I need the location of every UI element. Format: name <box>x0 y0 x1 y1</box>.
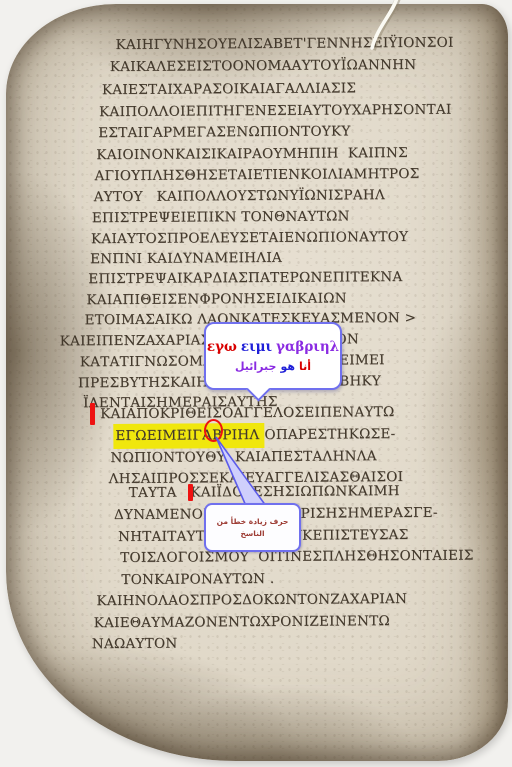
manuscript-line: ΚΑΙΕΘΑΥΜΑΖΟΝΕΝΤΩΧΡΟΝΙΖΕΙΝΕΝΤΩ <box>94 615 390 631</box>
manuscript-line: ΕΣΤΑΙΓΑΡΜΕΓΑΣΕΝΩΠΙΟΝΤΟΥΚΥ <box>98 125 350 140</box>
greek-word: γαβριηλ <box>276 339 339 355</box>
manuscript-line: ΚΑΙΗΝΟΛΑΟΣΠΡΟΣΔΟΚΩΝΤΟΝΖΑΧΑΡΙΑΝ <box>96 593 407 609</box>
translation-arabic-text: أناهوجبرائيل <box>233 360 313 373</box>
manuscript-photo: ΚΑΙΗΓΥΝΗΣΟΥΕΛΙΣΑΒΕΤ'ΓΕΝΝΗΣΕΙΫΙΟΝΣΟΙΚΑΙΚΑ… <box>0 0 512 767</box>
arabic-word: جبرائيل <box>235 360 276 373</box>
translation-greek-text: εγωειμιγαβριηλ <box>205 339 341 355</box>
manuscript-line: ΤΟΝΚΑΙΡΟΝΑΥΤΩΝ . <box>121 573 274 588</box>
greek-word: ειμι <box>241 339 272 355</box>
manuscript-line: ΝΩΠΙΟΝΤΟΥΘΥ ΚΑΙΑΠΕΣΤΑΛΗΝΛΑ <box>110 450 376 465</box>
manuscript-line: ΚΑΙΑΠΙΘΕΙΣΕΝΦΡΟΝΗΣΕΙΔΙΚΑΙΩΝ <box>86 292 346 307</box>
scribe-note-line-1: حرف زيادة خطأ من <box>217 516 289 527</box>
highlighted-text: ΕΓΩΕΙΜΕΙΓΑΒΡΙΗΛ <box>113 423 264 449</box>
manuscript-line: ΚΑΙΚΑΛΕΣΕΙΣΤΟΟΝΟΜΑΑΥΤΟΥΪΩΑΝΝΗΝ <box>110 59 417 75</box>
manuscript-line: ΚΑΙΠΟΛΛΟΙΕΠΙΤΗΓΕΝΕΣΕΙΑΥΤΟΥΧΑΡΗΣΟΝΤΑΙ <box>99 104 452 120</box>
manuscript-line: ΝΑΩΑΥΤΟΝ <box>92 638 178 652</box>
manuscript-line: ΤΟΙΣΛΟΓΟΙΣΜΟΥ ΟΙΤΙΝΕΣΠΛΗΣΘΗΣΟΝΤΑΙΕΙΣ <box>120 549 474 565</box>
manuscript-line: ΚΑΙΑΥΤΟΣΠΡΟΕΛΕΥΣΕΤΑΙΕΝΩΠΙΟΝΑΥΤΟΥ <box>91 231 408 247</box>
manuscript-line: ΚΑΙΗΓΥΝΗΣΟΥΕΛΙΣΑΒΕΤ'ΓΕΝΝΗΣΕΙΫΙΟΝΣΟΙ <box>116 37 454 53</box>
scribe-note-callout: حرف زيادة خطأ من الناسخ <box>204 503 301 552</box>
manuscript-line: ΑΥΤΟΥ ΚΑΙΠΟΛΛΟΥΣΤΩΝΥΪΩΝΙΣΡΑΗΛ <box>94 189 385 205</box>
arabic-word: أنا <box>299 360 311 373</box>
manuscript-line: ΕΠΙΣΤΡΕΨΕΙΕΠΙΚΝ ΤΟΝΘΝΑΥΤΩΝ <box>92 210 350 225</box>
scribe-note-line-2: الناسخ <box>240 528 264 539</box>
manuscript-line: ΚΑΙΕΣΤΑΙΧΑΡΑΣΟΙΚΑΙΑΓΑΛΛΙΑΣΙΣ <box>102 82 356 97</box>
manuscript-line: ΕΠΙΣΤΡΕΨΑΙΚΑΡΔΙΑΣΠΑΤΕΡΩΝΕΠΙΤΕΚΝΑ <box>88 271 402 287</box>
manuscript-line: ΤΑΥΤΑ ΚΑΙΪΔΟΥΕΣΗΣΙΩΠΩΝΚΑΙΜΗ <box>129 485 400 500</box>
red-insertion-mark-1 <box>90 403 95 425</box>
red-insertion-mark-2 <box>188 484 193 501</box>
manuscript-line: ΕΓΩΕΙΜΕΙΓΑΒΡΙΗΛΟΠΑΡΕΣΤΗΚΩΣΕ- <box>113 428 395 443</box>
greek-word: εγω <box>207 339 237 355</box>
manuscript-line: ΑΓΙΟΥΠΛΗΣΘΗΣΕΤΑΙΕΤΙΕΝΚΟΙΛΙΑΜΗΤΡΟΣ <box>95 168 420 184</box>
red-circle-annotation <box>204 419 223 442</box>
translation-callout: εγωειμιγαβριηλ أناهوجبرائيل <box>204 322 342 390</box>
manuscript-line: ΚΑΙΑΠΟΚΡΙΘΕΙΣΟΑΓΓΕΛΟΣΕΙΠΕΝΑΥΤΩ <box>100 406 394 422</box>
arabic-word: هو <box>280 360 295 373</box>
manuscript-line: ΕΝΠΝΙ ΚΑΙΔΥΝΑΜΕΙΗΛΙΑ <box>90 252 282 267</box>
manuscript-line: ΚΑΙΟΙΝΟΝΚΑΙΣΙΚΑΙΡΑΟΥΜΗΠΙΗ ΚΑΙΠΝΣ <box>96 147 408 163</box>
